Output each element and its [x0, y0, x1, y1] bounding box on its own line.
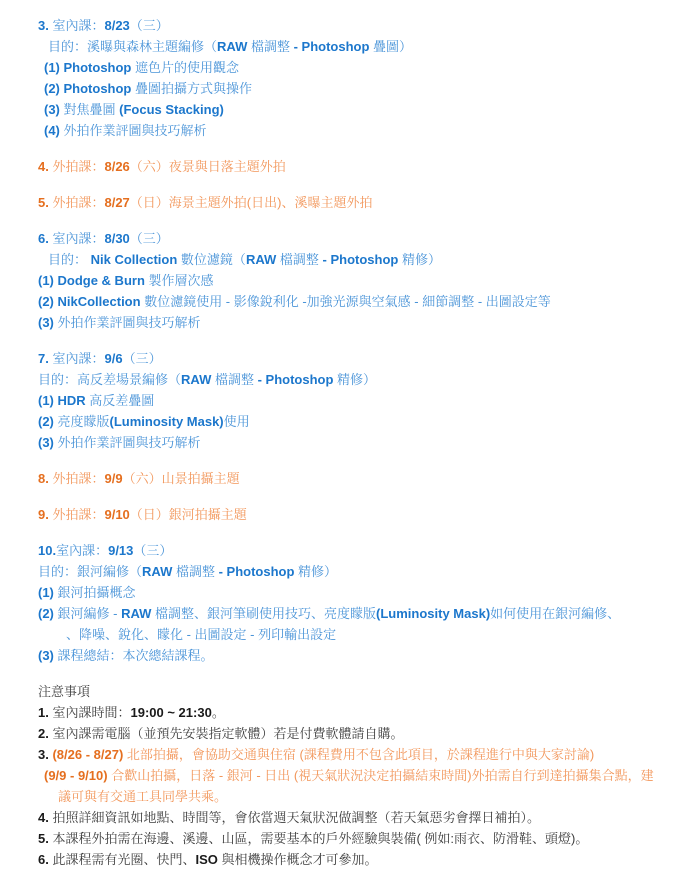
text-segment: 室內課：	[56, 543, 108, 558]
text-segment: 議可與有交通工具同學共乘。	[58, 789, 227, 804]
text-segment: 9/13	[108, 543, 133, 558]
text-segment: （六）山景拍攝主題	[123, 471, 240, 486]
text-segment: （三）	[130, 231, 169, 246]
text-line: (2) Photoshop 疊圖拍攝方式與操作	[38, 78, 676, 99]
text-line: (1) Dodge & Burn 製作層次感	[38, 270, 676, 291]
text-segment: (2) NikCollection	[38, 294, 144, 309]
text-segment: RAW	[142, 564, 176, 579]
text-segment: 外拍作業評圖與技巧解析	[58, 435, 201, 450]
text-segment: 遮色片的使用觀念	[135, 60, 239, 75]
text-segment: (Focus Stacking)	[119, 102, 224, 117]
text-line: (2) NikCollection 數位濾鏡使用 - 影像銳利化 -加強光源與空…	[38, 291, 676, 312]
course-10-indoor-0913: 10.室內課：9/13（三）目的：銀河編修（RAW 檔調整 - Photosho…	[38, 540, 676, 666]
text-line: 3. (8/26 - 8/27) 北部拍攝，會協助交通與住宿 (課程費用不包含此…	[38, 744, 676, 765]
text-segment: 10.	[38, 543, 56, 558]
text-segment: （日）海景主題外拍(日出)、溪曝主題外拍	[130, 195, 373, 210]
text-segment: 精修）	[298, 564, 337, 579]
text-segment: 與相機操作概念才可參加。	[222, 852, 378, 867]
course-4-outdoor-0826: 4. 外拍課：8/26（六）夜景與日落主題外拍	[38, 156, 676, 177]
text-segment: 檔調整	[280, 252, 319, 267]
text-segment: （三）	[123, 351, 162, 366]
text-segment: 檔調整、銀河筆刷使用技巧、亮度矇版	[155, 606, 376, 621]
text-segment: 室內課：	[52, 351, 104, 366]
text-segment: 室內課需電腦（並預先安裝指定軟體）若是付費軟體請自購。	[52, 726, 403, 741]
text-segment: (2)	[38, 414, 58, 429]
text-segment: 3.	[38, 747, 52, 762]
text-segment: 外拍課：	[52, 471, 104, 486]
text-segment: (9/9 - 9/10)	[44, 768, 111, 783]
course-5-outdoor-0827: 5. 外拍課：8/27（日）海景主題外拍(日出)、溪曝主題外拍	[38, 192, 676, 213]
text-line: (1) Photoshop 遮色片的使用觀念	[38, 57, 676, 78]
text-line: 注意事項	[38, 681, 676, 702]
text-segment: (2) Photoshop	[44, 81, 135, 96]
text-line: 9. 外拍課：9/10（日）銀河拍攝主題	[38, 504, 676, 525]
text-segment: 製作層次感	[149, 273, 214, 288]
text-segment: (8/26 - 8/27)	[52, 747, 126, 762]
text-line: 8. 外拍課：9/9（六）山景拍攝主題	[38, 468, 676, 489]
course-7-indoor-0906: 7. 室內課：9/6（三）目的：高反差場景編修（RAW 檔調整 - Photos…	[38, 348, 676, 453]
text-segment: (3)	[44, 102, 64, 117]
text-line: 5. 外拍課：8/27（日）海景主題外拍(日出)、溪曝主題外拍	[38, 192, 676, 213]
text-segment: ISO	[195, 852, 221, 867]
text-segment: 外拍作業評圖與技巧解析	[64, 123, 207, 138]
text-line: (3) 課程總結：本次總結課程。	[38, 645, 676, 666]
text-segment: 室內課時間：	[52, 705, 130, 720]
text-line: 5. 本課程外拍需在海邊、溪邊、山區，需要基本的戶外經驗與裝備( 例如:雨衣、防…	[38, 828, 676, 849]
text-line: (3) 外拍作業評圖與技巧解析	[38, 312, 676, 333]
text-segment: (1) HDR	[38, 393, 89, 408]
text-line: (1) 銀河拍攝概念	[38, 582, 676, 603]
text-segment: RAW	[181, 372, 215, 387]
text-segment: 8.	[38, 471, 52, 486]
text-segment: 19:00 ~ 21:30	[130, 705, 211, 720]
text-segment: (2)	[38, 606, 58, 621]
text-segment: 對焦疊圖	[64, 102, 120, 117]
text-segment: 如何使用在銀河編修、	[490, 606, 620, 621]
text-line: 目的：高反差場景編修（RAW 檔調整 - Photoshop 精修）	[38, 369, 676, 390]
course-outline-document: 3. 室內課：8/23（三）目的：溪曝與森林主題編修（RAW 檔調整 - Pho…	[0, 0, 696, 870]
text-segment: 高反差疊圖	[89, 393, 154, 408]
text-segment: 外拍作業評圖與技巧解析	[58, 315, 201, 330]
text-segment: 銀河編修 -	[58, 606, 122, 621]
text-segment: RAW	[246, 252, 280, 267]
text-line: 10.室內課：9/13（三）	[38, 540, 676, 561]
text-segment: (4)	[44, 123, 64, 138]
text-segment: (Luminosity Mask)	[376, 606, 490, 621]
text-line: 6. 室內課：8/30（三）	[38, 228, 676, 249]
text-segment: 疊圖拍攝方式與操作	[135, 81, 252, 96]
text-segment: 目的：銀河編修（	[38, 564, 142, 579]
text-line: 6. 此課程需有光圈、快門、ISO 與相機操作概念才可參加。	[38, 849, 676, 870]
text-segment: (1) Photoshop	[44, 60, 135, 75]
text-line: 目的：銀河編修（RAW 檔調整 - Photoshop 精修）	[38, 561, 676, 582]
course-6-indoor-0830: 6. 室內課：8/30（三）目的： Nik Collection 數位濾鏡（RA…	[38, 228, 676, 333]
text-segment: 4.	[38, 810, 52, 825]
text-line: 、降噪、銳化、矇化 - 出圖設定 - 列印輸出設定	[38, 624, 676, 645]
text-segment: 8/27	[104, 195, 129, 210]
text-segment: 檔調整	[215, 372, 254, 387]
text-segment: 5.	[38, 831, 52, 846]
text-segment: 外拍課：	[52, 195, 104, 210]
text-segment: 6.	[38, 231, 52, 246]
text-segment: 此課程需有光圈、快門、	[52, 852, 195, 867]
text-segment: 9/9	[104, 471, 122, 486]
text-segment: 亮度矇版	[58, 414, 110, 429]
text-segment: Nik Collection	[91, 252, 181, 267]
text-segment: (1)	[38, 585, 58, 600]
text-segment: - Photoshop	[215, 564, 298, 579]
text-segment: 9/6	[104, 351, 122, 366]
text-segment: 8/23	[104, 18, 129, 33]
text-segment: 合歡山拍攝，日落 - 銀河 - 日出 (視天氣狀況決定拍攝結束時間)外拍需自行到…	[111, 768, 653, 783]
text-line: 4. 外拍課：8/26（六）夜景與日落主題外拍	[38, 156, 676, 177]
text-segment: （日）銀河拍攝主題	[130, 507, 247, 522]
text-segment: 北部拍攝，會協助交通與住宿 (課程費用不包含此項目，於課程進行中與大家討論)	[127, 747, 594, 762]
text-segment: (Luminosity Mask)	[110, 414, 224, 429]
text-segment: - Photoshop	[290, 39, 373, 54]
text-segment: 4.	[38, 159, 52, 174]
text-segment: 8/30	[104, 231, 129, 246]
text-line: 3. 室內課：8/23（三）	[38, 15, 676, 36]
text-segment: 使用	[224, 414, 250, 429]
course-9-outdoor-0910: 9. 外拍課：9/10（日）銀河拍攝主題	[38, 504, 676, 525]
text-segment: （三）	[130, 18, 169, 33]
text-segment: 8/26	[104, 159, 129, 174]
text-line: (2) 亮度矇版(Luminosity Mask)使用	[38, 411, 676, 432]
text-segment: （六）夜景與日落主題外拍	[130, 159, 286, 174]
text-segment: 注意事項	[38, 684, 90, 699]
text-segment: 精修）	[402, 252, 441, 267]
text-segment: 檔調整	[251, 39, 290, 54]
text-segment: 2.	[38, 726, 52, 741]
text-segment: 3.	[38, 18, 52, 33]
text-segment: 9.	[38, 507, 52, 522]
text-line: 目的：溪曝與森林主題編修（RAW 檔調整 - Photoshop 疊圖）	[38, 36, 676, 57]
text-line: 2. 室內課需電腦（並預先安裝指定軟體）若是付費軟體請自購。	[38, 723, 676, 744]
text-segment: 銀河拍攝概念	[58, 585, 136, 600]
text-segment: 、降噪、銳化、矇化 - 出圖設定 - 列印輸出設定	[66, 627, 336, 642]
text-segment: (1) Dodge & Burn	[38, 273, 149, 288]
text-segment: 拍照詳細資訊如地點、時間等，會依當週天氣狀況做調整（若天氣惡劣會擇日補拍）。	[52, 810, 540, 825]
text-segment: 5.	[38, 195, 52, 210]
text-segment: （三）	[133, 543, 172, 558]
course-8-outdoor-0909: 8. 外拍課：9/9（六）山景拍攝主題	[38, 468, 676, 489]
text-segment: 9/10	[104, 507, 129, 522]
text-segment: (3)	[38, 435, 58, 450]
text-segment: (3)	[38, 315, 58, 330]
text-segment: - Photoshop	[319, 252, 402, 267]
text-line: (9/9 - 9/10) 合歡山拍攝，日落 - 銀河 - 日出 (視天氣狀況決定…	[38, 765, 676, 786]
text-segment: RAW	[217, 39, 251, 54]
text-line: 1. 室內課時間：19:00 ~ 21:30。	[38, 702, 676, 723]
text-segment: 本課程外拍需在海邊、溪邊、山區，需要基本的戶外經驗與裝備( 例如:雨衣、防滑鞋、…	[52, 831, 588, 846]
text-segment: 精修）	[337, 372, 376, 387]
text-segment: 1.	[38, 705, 52, 720]
text-segment: 數位濾鏡使用 - 影像銳利化 -加強光源與空氣感 - 細節調整 - 出圖設定等	[144, 294, 551, 309]
text-segment: 外拍課：	[52, 159, 104, 174]
text-line: 目的： Nik Collection 數位濾鏡（RAW 檔調整 - Photos…	[38, 249, 676, 270]
text-segment: RAW	[121, 606, 155, 621]
text-segment: 室內課：	[52, 231, 104, 246]
text-segment: 目的：高反差場景編修（	[38, 372, 181, 387]
text-line: (1) HDR 高反差疊圖	[38, 390, 676, 411]
text-segment: 疊圖）	[373, 39, 412, 54]
text-line: 議可與有交通工具同學共乘。	[38, 786, 676, 807]
text-line: 4. 拍照詳細資訊如地點、時間等，會依當週天氣狀況做調整（若天氣惡劣會擇日補拍）…	[38, 807, 676, 828]
text-segment: 課程總結：本次總結課程。	[58, 648, 214, 663]
text-segment: (3)	[38, 648, 58, 663]
text-line: (3) 對焦疊圖 (Focus Stacking)	[38, 99, 676, 120]
text-line: (4) 外拍作業評圖與技巧解析	[38, 120, 676, 141]
text-segment: 數位濾鏡（	[181, 252, 246, 267]
text-line: 7. 室內課：9/6（三）	[38, 348, 676, 369]
text-segment: 外拍課：	[52, 507, 104, 522]
course-3-indoor-0823: 3. 室內課：8/23（三）目的：溪曝與森林主題編修（RAW 檔調整 - Pho…	[38, 15, 676, 141]
text-segment: 目的：溪曝與森林主題編修（	[48, 39, 217, 54]
text-segment: - Photoshop	[254, 372, 337, 387]
text-segment: 6.	[38, 852, 52, 867]
text-segment: 。	[212, 705, 225, 720]
text-line: (3) 外拍作業評圖與技巧解析	[38, 432, 676, 453]
text-line: (2) 銀河編修 - RAW 檔調整、銀河筆刷使用技巧、亮度矇版(Luminos…	[38, 603, 676, 624]
text-segment: 目的：	[48, 252, 91, 267]
notes-section: 注意事項1. 室內課時間：19:00 ~ 21:30。2. 室內課需電腦（並預先…	[38, 681, 676, 870]
text-segment: 檔調整	[176, 564, 215, 579]
text-segment: 室內課：	[52, 18, 104, 33]
text-segment: 7.	[38, 351, 52, 366]
